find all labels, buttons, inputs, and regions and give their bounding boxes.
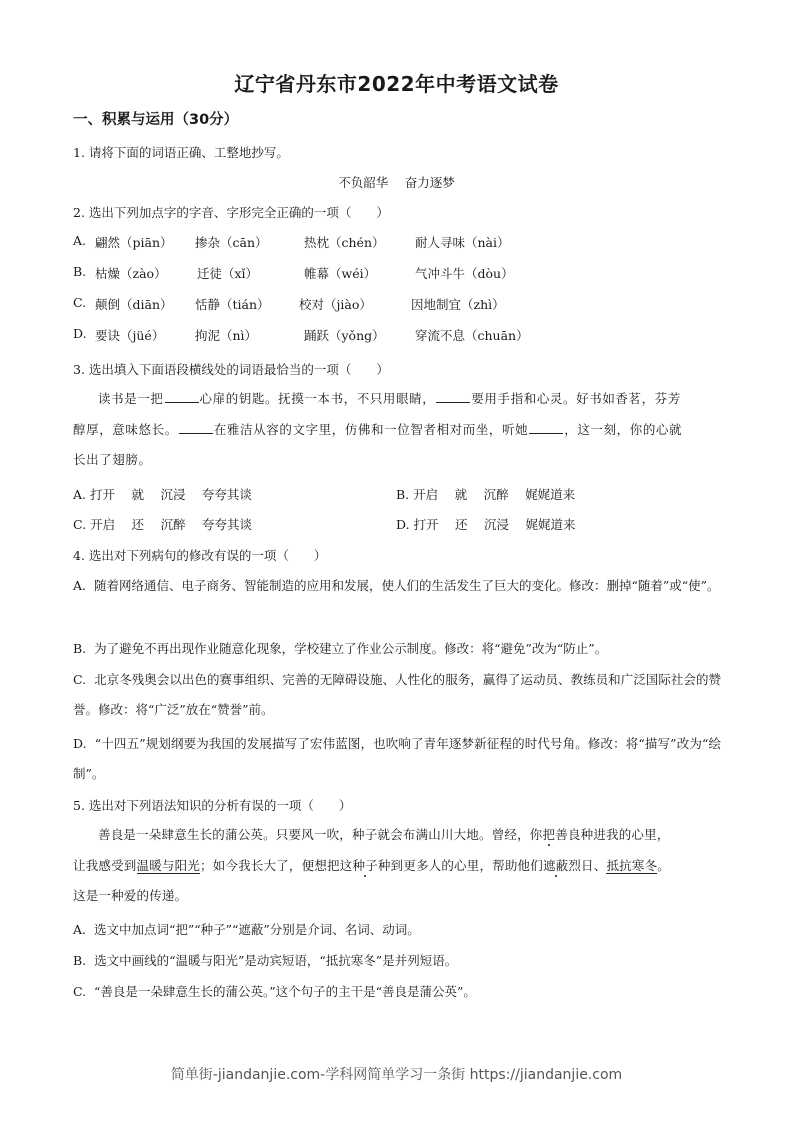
question-4-option-c: C. 北京冬残奥会以出色的赛事组织、完善的无障碍设施、人性化的服务，赢得了运动员… <box>73 665 721 725</box>
question-5-stem: 5. 选出对下列语法知识的分析有误的一项（ ） <box>73 796 351 814</box>
fill-blank-4 <box>529 421 563 434</box>
question-5-option-c: C. “善良是一朵肆意生长的蒲公英。”这个句子的主干是“善良是蒲公英”。 <box>73 977 721 1007</box>
dotted-word-zhebi: 遮蔽 <box>543 858 568 873</box>
question-4-option-b: B. 为了避免不再出现作业随意化现象，学校建立了作业公示制度。修改：将“避免”改… <box>73 634 721 664</box>
question-4-stem: 4. 选出对下列病句的修改有误的一项（ ） <box>73 546 326 564</box>
exam-title: 辽宁省丹东市2022年中考语文试卷 <box>0 68 793 97</box>
question-5-passage: 善良是一朵肆意生长的蒲公英。只要风一吹，种子就会布满山川大地。曾经，你把善良种进… <box>73 820 721 912</box>
question-3-passage: 读书是一把心扉的钥匙。抚摸一本书，不只用眼睛，要用手指和心灵。好书如香茗，芬芳 … <box>73 384 721 476</box>
question-3-stem: 3. 选出填入下面语段横线处的词语最恰当的一项（ ） <box>73 360 389 378</box>
fill-blank-3 <box>179 421 213 434</box>
question-1-words: 不负韶华 奋力逐梦 <box>0 173 793 191</box>
question-2-stem: 2. 选出下列加点字的字音、字形完全正确的一项（ ） <box>73 203 389 221</box>
underlined-phrase-1: 温暖与阳光 <box>137 858 201 874</box>
underlined-phrase-2: 抵抗寒冬 <box>606 858 657 874</box>
question-5-option-a: A. 选文中加点词“把”“种子”“遮蔽”分别是介词、名词、动词。 <box>73 915 721 945</box>
question-4-option-d: D. “十四五”规划纲要为我国的发展描写了宏伟蓝图，也吹响了青年逐梦新征程的时代… <box>73 729 721 789</box>
section-heading: 一、积累与运用（30分） <box>73 108 238 129</box>
question-1-stem: 1. 请将下面的词语正确、工整地抄写。 <box>73 143 289 161</box>
question-4-option-a: A. 随着网络通信、电子商务、智能制造的应用和发展，使人们的生活发生了巨大的变化… <box>73 571 721 601</box>
fill-blank-2 <box>436 390 470 403</box>
watermark-footer: 简单街-jiandanjie.com-学科网简单学习一条街 https://ji… <box>0 1064 793 1084</box>
dotted-word-ba: 把 <box>543 827 556 842</box>
question-5-option-b: B. 选文中画线的“温暖与阳光”是动宾短语，“抵抗寒冬”是并列短语。 <box>73 946 721 976</box>
dotted-word-zhongzi: 种子 <box>352 858 377 873</box>
fill-blank-1 <box>165 390 199 403</box>
